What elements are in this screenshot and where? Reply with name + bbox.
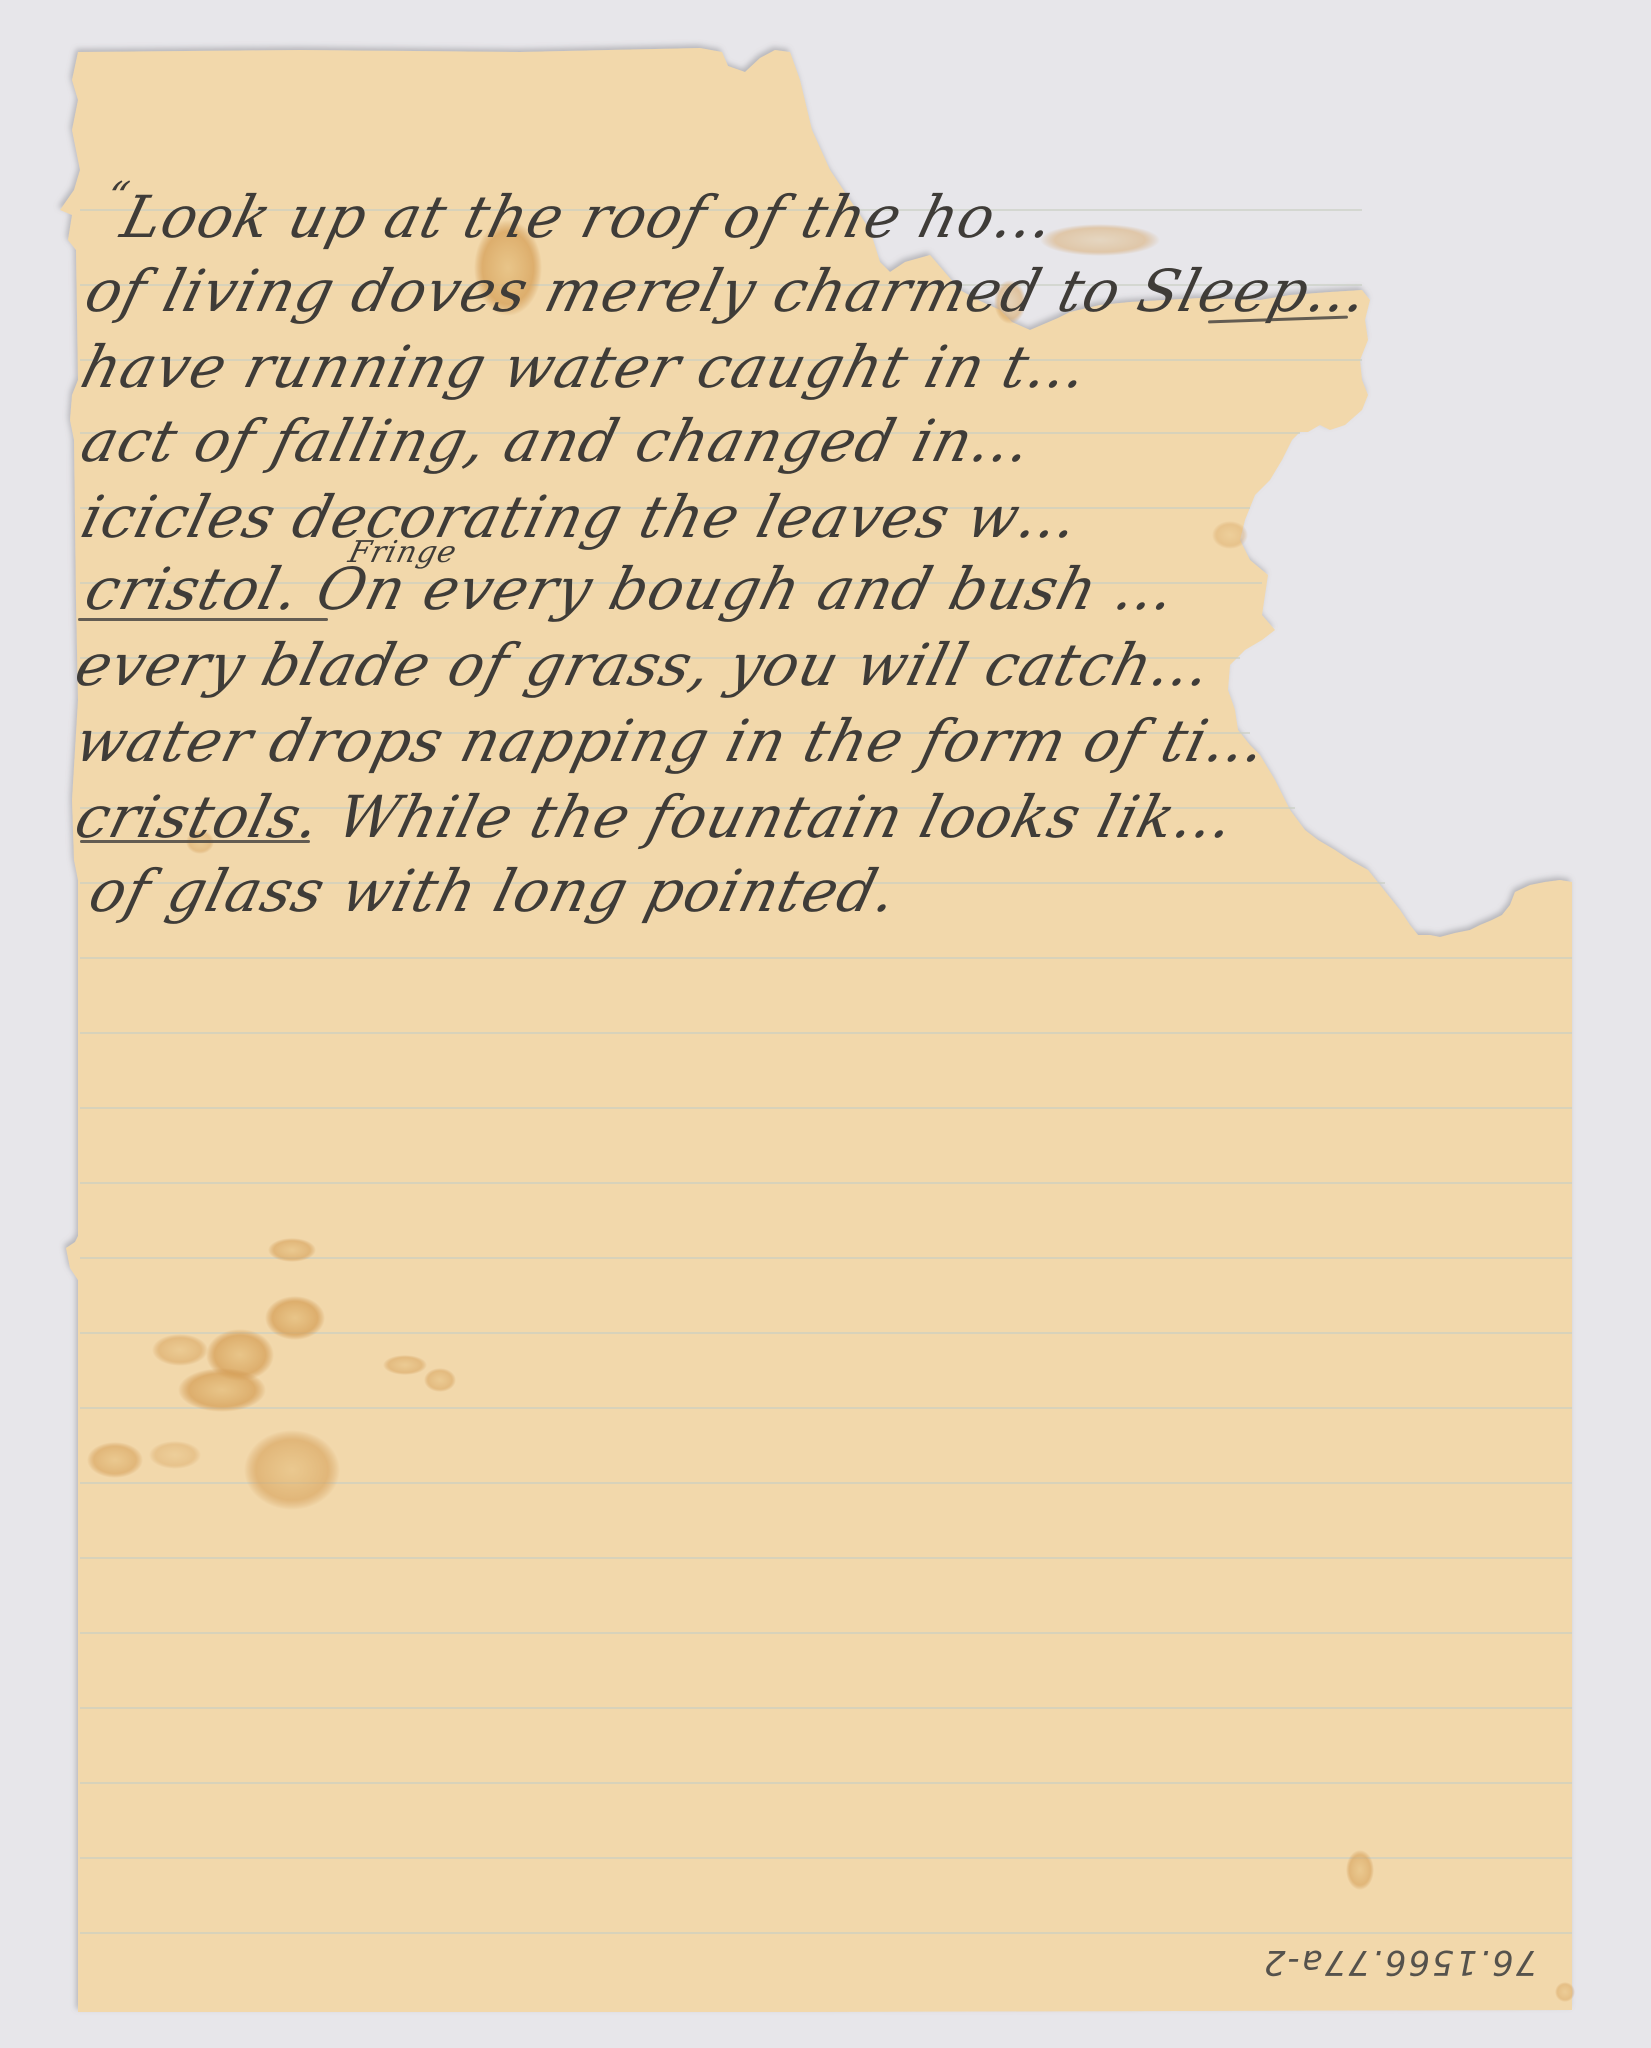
underline-cristol [78, 618, 328, 621]
underline-cristols [80, 840, 310, 843]
manuscript-line-10: of glass with long pointed. [84, 862, 903, 920]
manuscript-line-2: of living doves merely charmed to Sleep… [80, 262, 1375, 320]
manuscript-line-9: cristols. While the fountain looks lik… [70, 788, 1241, 846]
manuscript-line-1: Look up at the roof of the ho… [116, 188, 1061, 246]
manuscript-line-3: have running water caught in t… [76, 338, 1094, 396]
accession-number: 76.1566.77a-2 [1262, 1942, 1537, 1982]
manuscript-line-7: every blade of grass, you will catch… [70, 636, 1218, 694]
manuscript-line-5: icicles decorating the leaves w… [76, 488, 1085, 546]
manuscript-line-8: water drops napping in the form of ti… [70, 712, 1273, 770]
manuscript-line-6: cristol. On every bough and bush … [80, 560, 1182, 618]
manuscript-line-4: act of falling, and changed in… [76, 412, 1038, 470]
